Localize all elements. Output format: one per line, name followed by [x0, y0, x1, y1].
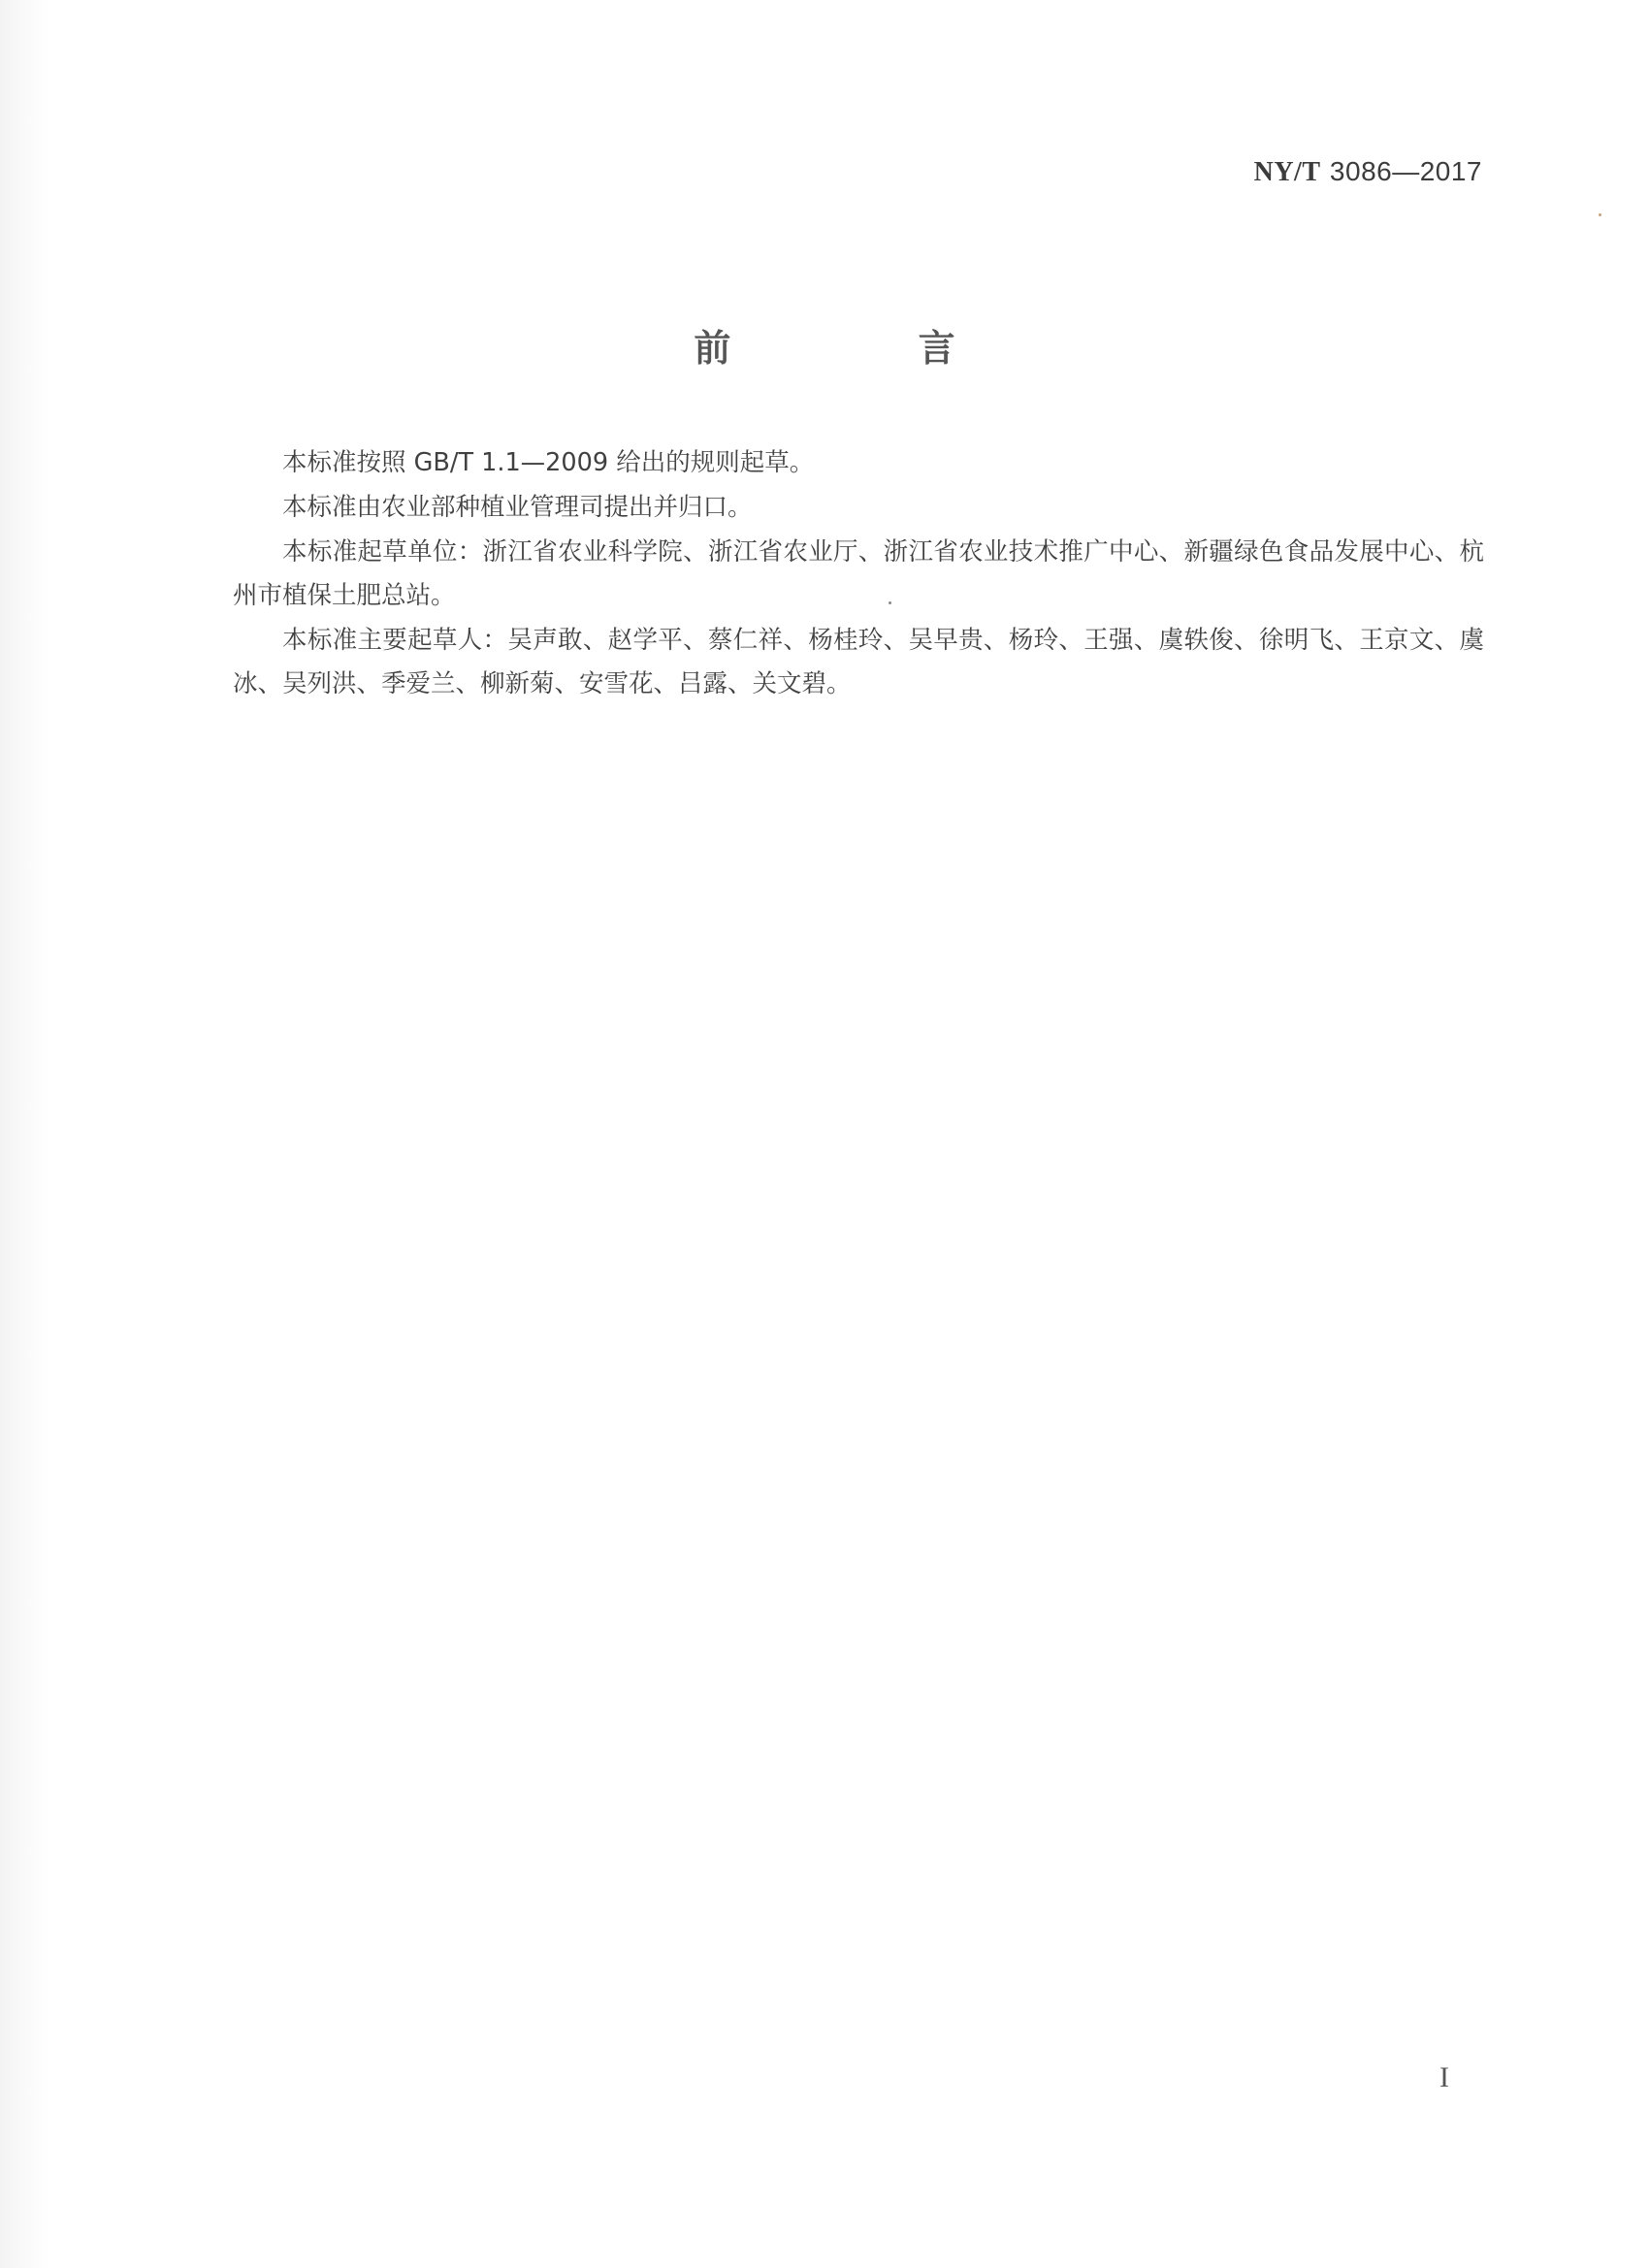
scan-speck — [889, 601, 891, 604]
paragraph-drafters: 本标准主要起草人：吴声敢、赵学平、蔡仁祥、杨桂玲、吴早贵、杨玲、王强、虞轶俊、徐… — [233, 619, 1484, 706]
standard-code: NY/T 3086—2017 — [1254, 155, 1482, 188]
foreword-body: 本标准按照 GB/T 1.1—2009 给出的规则起草。 本标准由农业部种植业管… — [233, 441, 1484, 707]
standard-prefix: NY/T — [1254, 157, 1321, 187]
scan-speck — [1599, 213, 1601, 216]
page-number: I — [1439, 2061, 1449, 2094]
page-title: 前 言 — [0, 318, 1649, 372]
paragraph-drafting-rules: 本标准按照 GB/T 1.1—2009 给出的规则起草。 — [233, 441, 1484, 485]
paragraph-proposer: 本标准由农业部种植业管理司提出并归口。 — [233, 486, 1484, 530]
standard-number: 3086—2017 — [1330, 156, 1482, 186]
paragraph-drafting-units: 本标准起草单位：浙江省农业科学院、浙江省农业厅、浙江省农业技术推广中心、新疆绿色… — [233, 531, 1484, 618]
